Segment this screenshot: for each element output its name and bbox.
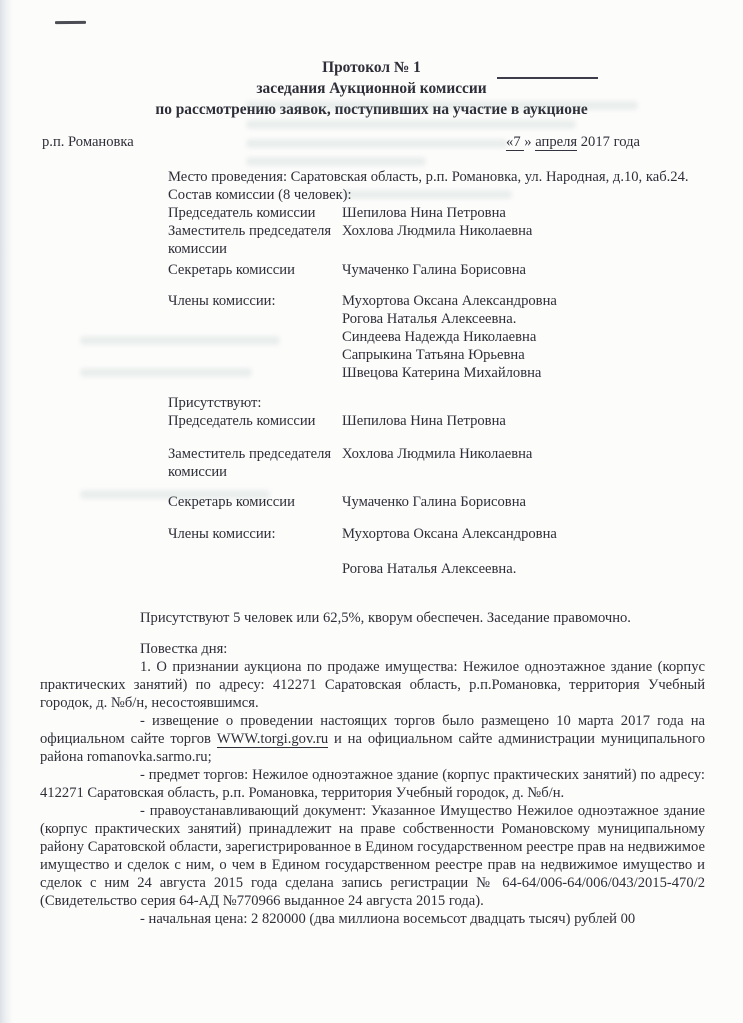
role-label: Заместитель председателя комиссии [168, 445, 342, 481]
venue-line: Место проведения: Саратовская область, р… [168, 168, 705, 186]
protocol-body: Присутствуют 5 человек или 62,5%, кворум… [40, 609, 705, 928]
notice-paragraph: - извещение о проведении настоящих торго… [40, 712, 705, 766]
bleed-through-smudge [80, 490, 270, 499]
bleed-through-smudge [342, 190, 512, 199]
members-name-list: Мухортова Оксана Александровна Рогова На… [342, 292, 705, 382]
person-name: Швецова Катерина Михайловна [342, 364, 705, 382]
bleed-through-smudge [246, 157, 426, 166]
pen-dash-mark [55, 21, 86, 24]
person-name: Шепилова Нина Петровна [342, 204, 705, 222]
agenda-item-1: 1. О признании аукциона по продаже имуще… [40, 658, 705, 712]
person-name: Хохлова Людмила Николаевна [342, 445, 705, 463]
date-year: 2017 года [577, 134, 640, 150]
composition-secretary-row: Секретарь комиссии Чумаченко Галина Бори… [168, 261, 705, 279]
person-name: Хохлова Людмила Николаевна [342, 222, 705, 240]
composition-deputy-row: Заместитель председателя комиссии Хохлов… [168, 222, 705, 258]
agenda-heading: Повестка дня: [40, 640, 705, 658]
role-label: Члены комиссии: [168, 525, 342, 543]
date-day: «7 [506, 134, 524, 151]
bleed-through-smudge [246, 101, 638, 110]
person-name: Шепилова Нина Петровна [342, 412, 705, 430]
quorum-statement: Присутствуют 5 человек или 62,5%, кворум… [40, 609, 705, 627]
scan-edge-shadow [0, 0, 13, 1023]
role-label: Члены комиссии: [168, 292, 342, 310]
document-date: «7 » апреля 2017 года [506, 133, 640, 151]
person-name: Чумаченко Галина Борисовна [342, 493, 705, 511]
bleed-through-smudge [246, 120, 576, 129]
bleed-through-smudge [80, 368, 252, 377]
bleed-through-smudge [80, 336, 280, 345]
present-chair-row: Председатель комиссии Шепилова Нина Петр… [168, 412, 705, 430]
composition-chair-row: Председатель комиссии Шепилова Нина Петр… [168, 204, 705, 222]
title-document-paragraph: - правоустанавливающий документ: Указанн… [40, 802, 705, 910]
present-heading: Присутствуют: [168, 394, 705, 412]
role-label: Председатель комиссии [168, 412, 342, 430]
present-member2-row: Рогова Наталья Алексеевна. [168, 560, 705, 578]
person-name: Чумаченко Галина Борисовна [342, 261, 705, 279]
person-name: Мухортова Оксана Александровна [342, 292, 705, 310]
handwritten-blank-line [497, 77, 598, 79]
role-label: Председатель комиссии [168, 204, 342, 222]
document-title-block: Протокол № 1 заседания Аукционной комисс… [0, 57, 743, 120]
bleed-through-smudge [246, 139, 508, 148]
starting-price-paragraph: - начальная цена: 2 820000 (два миллиона… [40, 910, 705, 928]
torgi-gov-ru-link: WWW.torgi.gov.ru [217, 731, 328, 748]
scanned-protocol-page: Протокол № 1 заседания Аукционной комисс… [0, 0, 743, 1023]
settlement-name: р.п. Романовка [42, 133, 134, 151]
role-label: Заместитель председателя комиссии [168, 222, 342, 258]
person-name: Рогова Наталья Алексеевна. [342, 310, 705, 328]
protocol-number-title: Протокол № 1 [0, 57, 743, 78]
person-name: Синдеева Надежда Николаевна [342, 328, 705, 346]
person-name: Мухортова Оксана Александровна [342, 525, 705, 543]
person-name: Рогова Наталья Алексеевна. [342, 560, 705, 578]
present-deputy-row: Заместитель председателя комиссии Хохлов… [168, 445, 705, 481]
person-name: Сапрыкина Татьяна Юрьевна [342, 346, 705, 364]
present-members-row: Члены комиссии: Мухортова Оксана Алексан… [168, 525, 705, 543]
title-line-2: заседания Аукционной комиссии [0, 78, 743, 99]
role-label: Секретарь комиссии [168, 261, 342, 279]
auction-subject-paragraph: - предмет торгов: Нежилое одноэтажное зд… [40, 766, 705, 802]
date-month: апреля [535, 134, 577, 151]
date-quote-close: » [524, 134, 531, 150]
